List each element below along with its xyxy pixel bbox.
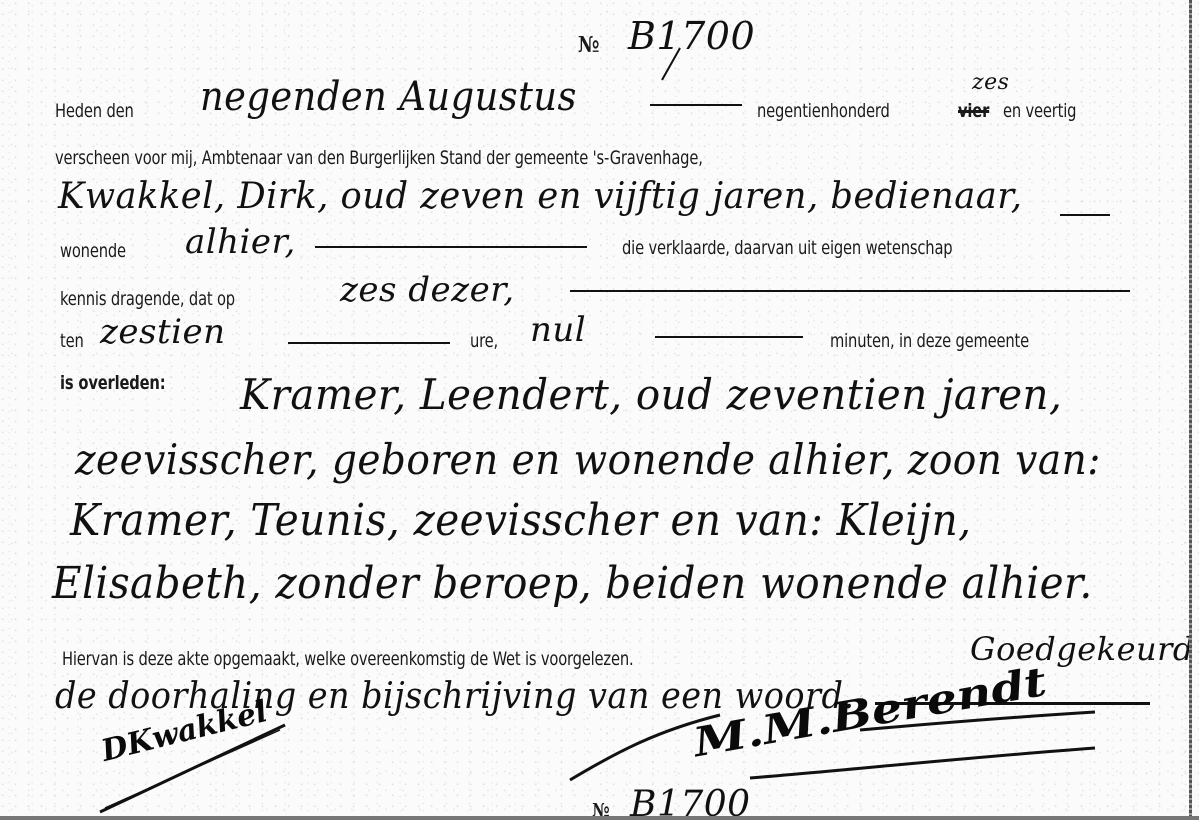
- hand-hour: zestien: [100, 312, 226, 352]
- hand-father-mother: Kramer, Teunis, zeevisscher en van: Klei…: [70, 495, 971, 546]
- label-minuten: minuten, in deze gemeente: [830, 330, 1029, 352]
- label-en-veertig: en veertig: [1003, 100, 1076, 122]
- fill-line: [655, 336, 803, 338]
- label-die-verklaarde: die verklaarde, daarvan uit eigen wetens…: [622, 237, 952, 259]
- fill-line: [570, 290, 1130, 292]
- record-number: B1700: [628, 14, 755, 58]
- label-ure: ure,: [470, 330, 498, 352]
- number-sign: №: [578, 32, 599, 58]
- label-wonende: wonende: [60, 240, 126, 262]
- hand-residence: alhier,: [185, 222, 296, 262]
- label-hiervan: Hiervan is deze akte opgemaakt, welke ov…: [62, 648, 633, 670]
- label-kennis-dragende: kennis dragende, dat op: [60, 288, 235, 310]
- fill-line: [315, 246, 587, 248]
- hand-goedgekeurd: Goedgekeurd: [970, 630, 1194, 668]
- hand-declarant: Kwakkel, Dirk, oud zeven en vijftig jare…: [58, 176, 1022, 217]
- label-heden-den: Heden den: [55, 100, 134, 122]
- hand-approval-note: de doorhaling en bijschrijving van een w…: [55, 676, 854, 717]
- scanned-document-page: № B1700 Heden den negenden Augustus nege…: [0, 0, 1199, 820]
- scan-bottom-edge: [0, 816, 1199, 820]
- struck-word-vier: vier: [958, 100, 989, 122]
- hand-date-of-death: zes dezer,: [340, 270, 515, 310]
- record-number-next: B1700: [630, 784, 751, 820]
- signature-official: M.M.Berendt: [690, 658, 1050, 766]
- label-is-overleden: is overleden:: [60, 372, 165, 394]
- hand-mother-details: Elisabeth, zonder beroep, beiden wonende…: [52, 558, 1093, 609]
- hand-minutes: nul: [530, 310, 586, 350]
- label-ten: ten: [60, 330, 84, 352]
- label-negentienhonderd: negentienhonderd: [757, 100, 890, 122]
- hand-deceased: Kramer, Leendert, oud zeventien jaren,: [240, 370, 1062, 419]
- hand-occupation-birthplace: zeevisscher, geboren en wonende alhier, …: [75, 435, 1101, 484]
- label-verscheen: verscheen voor mij, Ambtenaar van den Bu…: [55, 147, 703, 169]
- fill-line: [1060, 214, 1110, 216]
- fill-line: [650, 104, 742, 106]
- hand-inserted-zes: zes: [972, 70, 1009, 95]
- hand-date-day: negenden Augustus: [200, 74, 577, 120]
- fill-line: [288, 342, 450, 344]
- scan-right-edge: [1189, 0, 1192, 820]
